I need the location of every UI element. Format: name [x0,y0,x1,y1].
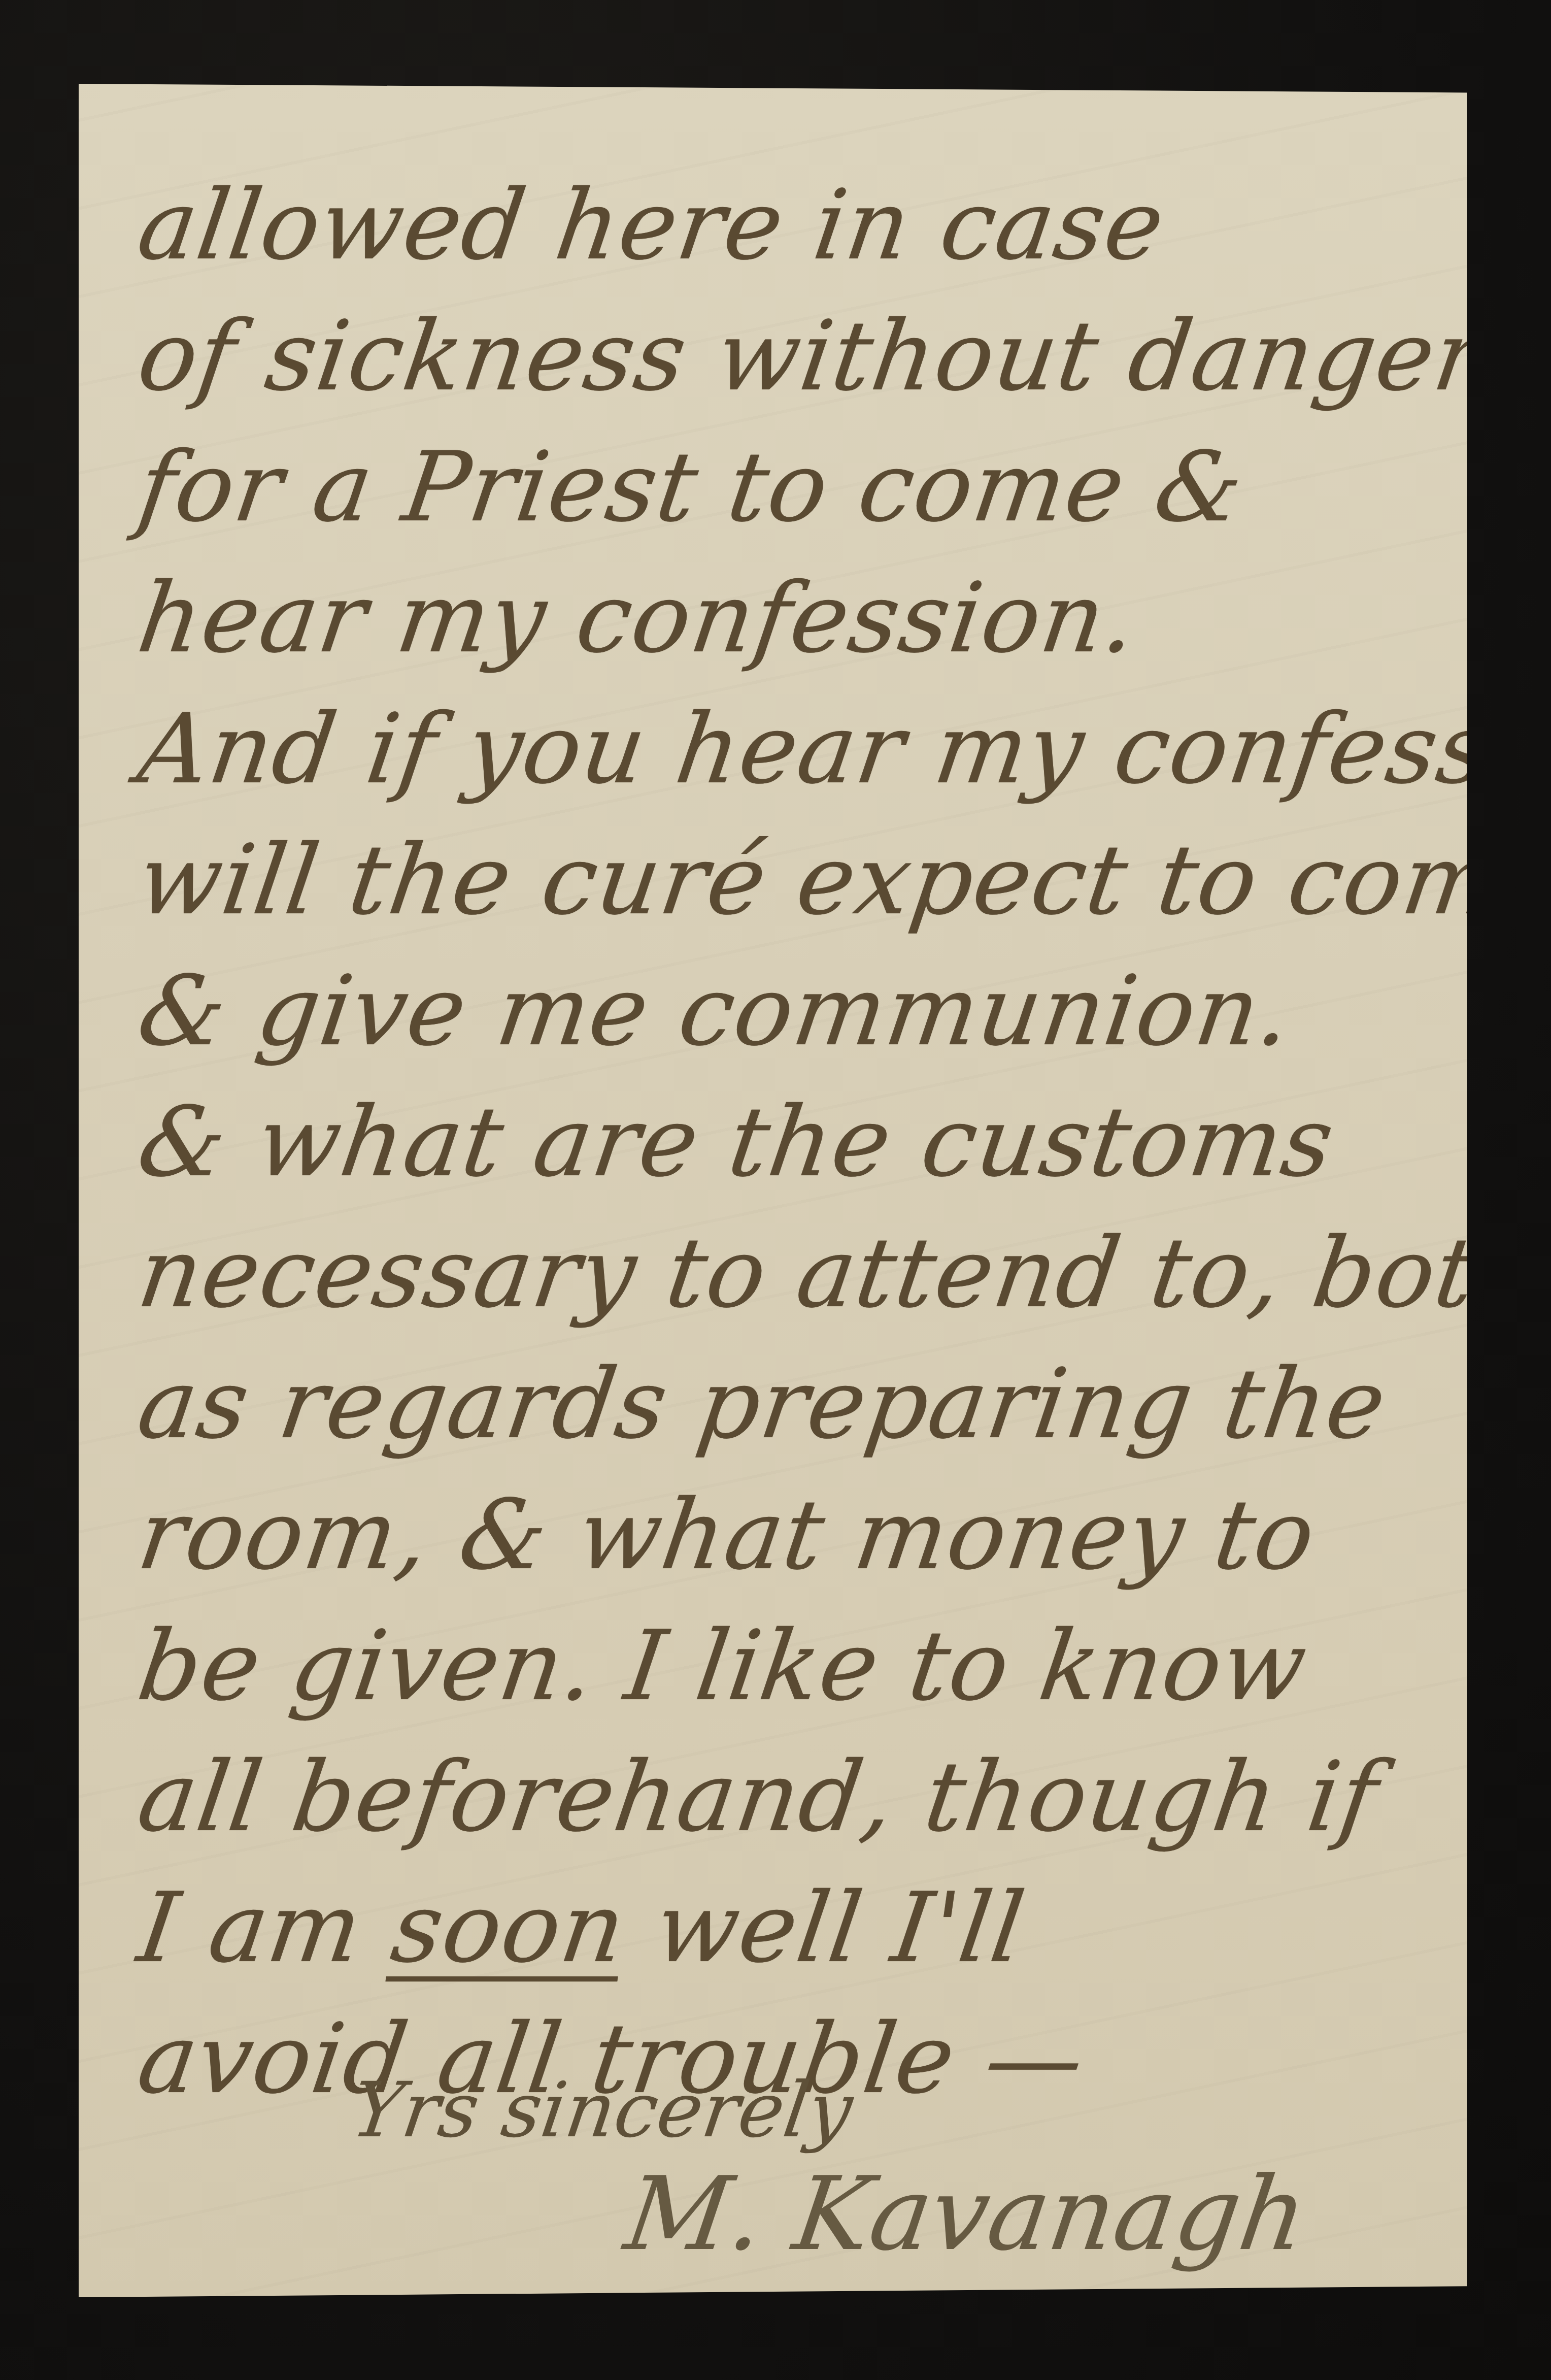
letter-line-14: I am soon well I'll [130,1863,1428,1994]
underlined-word: soon [384,1863,634,1994]
letter-line-12: be given. I like to know [130,1601,1428,1732]
signature: M. Kavanagh [619,2155,1314,2273]
letter-page: allowed here in case of sickness without… [79,84,1467,2297]
letter-line-6: will the curé expect to come [130,815,1428,946]
letter-line-13: all beforehand, though if [130,1732,1428,1863]
line-text: all beforehand, though if [130,1732,1387,1863]
letter-line-2: of sickness without danger [130,291,1428,422]
line-text: for a Priest to come & [130,422,1252,553]
closing-salutation: Yrs sincerely [347,2066,858,2155]
line-text: I am soon well I'll [130,1863,1033,1994]
line-text: And if you hear my confession [130,684,1551,815]
letter-line-4: hear my confession. [130,553,1428,684]
line-text: & what are the customs [130,1077,1342,1208]
letter-line-8: & what are the customs [130,1077,1428,1208]
line-text: necessary to attend to, both [130,1208,1548,1339]
line-text: will the curé expect to come [130,815,1551,946]
line-text: allowed here in case [130,160,1173,291]
line-text: as regards preparing the [130,1339,1395,1470]
letter-body: allowed here in case of sickness without… [140,160,1419,2125]
letter-line-5: And if you hear my confession [130,684,1428,815]
line-text: be given. I like to know [130,1601,1316,1732]
letter-line-1: allowed here in case [130,160,1428,291]
letter-line-11: room, & what money to [130,1470,1428,1601]
line-text: room, & what money to [130,1470,1324,1601]
letter-line-7: & give me communion. [130,946,1428,1077]
letter-line-3: for a Priest to come & [130,422,1428,553]
line-text: of sickness without danger [130,291,1491,422]
line-text: hear my confession. [130,553,1145,684]
line-text: & give me communion. [130,946,1300,1077]
letter-line-9: necessary to attend to, both [130,1208,1428,1339]
letter-line-10: as regards preparing the [130,1339,1428,1470]
